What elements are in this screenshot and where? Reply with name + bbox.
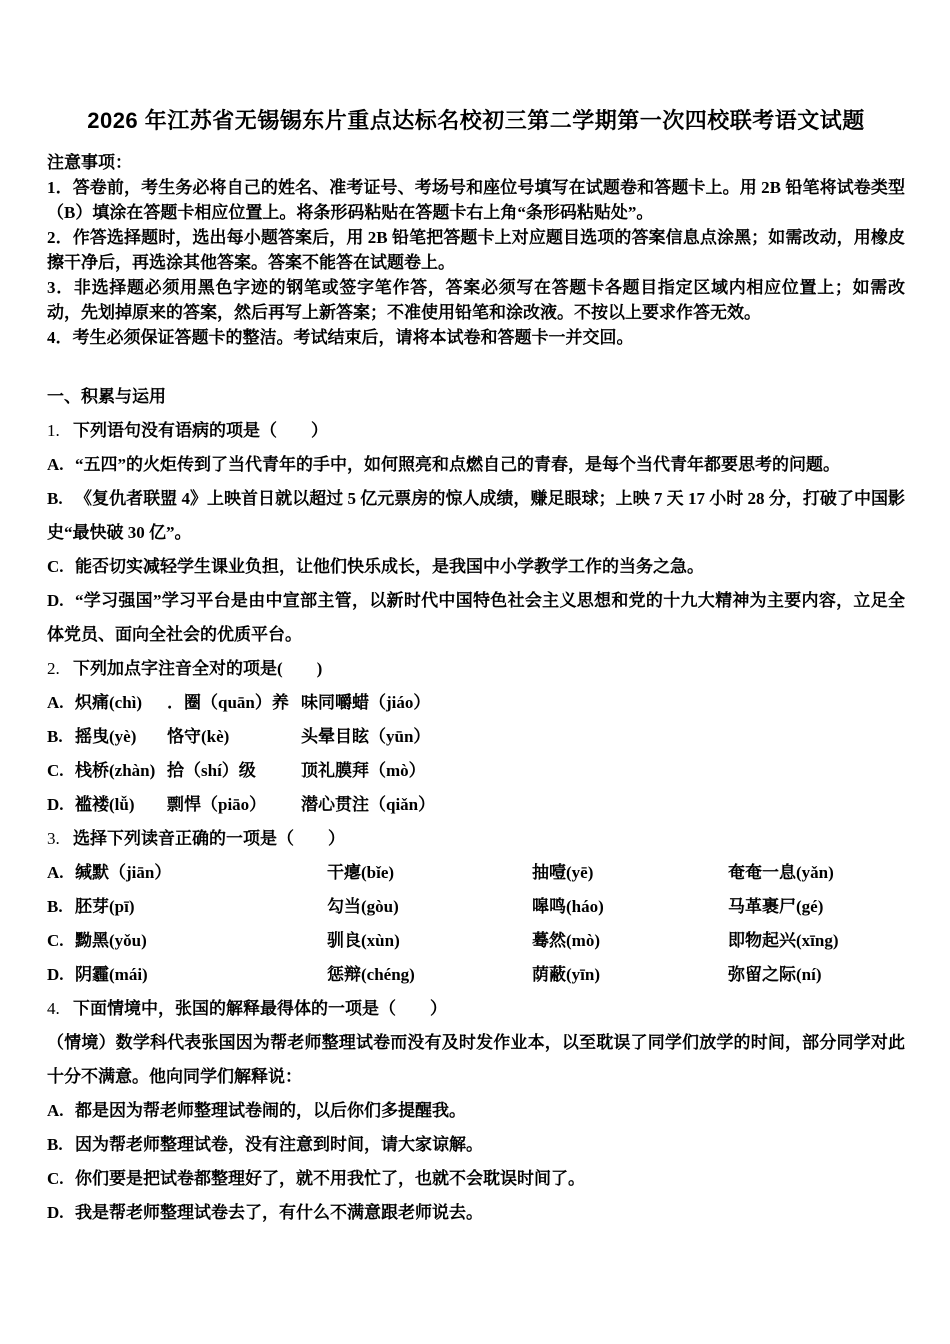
option-row: D.阴霾(mái)惩辩(chéng)荫蔽(yīn)弥留之际(ní): [47, 958, 905, 992]
option-row: C.黝黑(yǒu)驯良(xùn)蓦然(mò)即物起兴(xīng): [47, 924, 905, 958]
option-word: 缄默（jiān）: [75, 856, 327, 890]
option-text: “五四”的火炬传到了当代青年的手中，如何照亮和点燃自己的青春，是每个当代青年都要…: [75, 455, 840, 474]
option-word: 顶礼膜拜（mò）: [301, 754, 426, 788]
option-word: 胚芽(pī): [75, 890, 327, 924]
option-word: 嗥鸣(háo): [532, 890, 728, 924]
question-stem: 4.下面情境中，张国的解释最得体的一项是（ ）: [47, 992, 905, 1026]
option-word: 恪守(kè): [167, 720, 295, 754]
notice-heading: 注意事项：: [47, 150, 905, 175]
section-heading: 一、积累与运用: [47, 380, 905, 414]
question-3: 3.选择下列读音正确的一项是（ ） A.缄默（jiān）干瘪(bǐe)抽噎(yē…: [47, 822, 905, 992]
option-word: 褴褛(lǚ): [75, 788, 161, 822]
question-number: 3.: [47, 822, 73, 856]
option-label: B.: [47, 482, 75, 516]
option-word: 炽痛(chì): [75, 686, 161, 720]
option-word: 即物起兴(xīng): [728, 924, 839, 958]
option-label: D.: [47, 1196, 75, 1230]
option-label: B.: [47, 1128, 75, 1162]
question-stem-text: 下列语句没有语病的项是（ ）: [73, 421, 328, 440]
option-word: 抽噎(yē): [532, 856, 728, 890]
page-title: 2026 年江苏省无锡锡东片重点达标名校初三第二学期第一次四校联考语文试题: [47, 104, 905, 138]
notice-item: 2．作答选择题时，选出每小题答案后，用 2B 铅笔把答题卡上对应题目选项的答案信…: [47, 225, 905, 275]
question-number: 1.: [47, 414, 73, 448]
option-text: 因为帮老师整理试卷，没有注意到时间，请大家谅解。: [75, 1135, 483, 1154]
option-word: 黝黑(yǒu): [75, 924, 327, 958]
option-label: A.: [47, 1094, 75, 1128]
option-row: D.褴褛(lǚ)剽悍（piāo）潜心贯注（qiǎn）: [47, 788, 905, 822]
question-stem: 3.选择下列读音正确的一项是（ ）: [47, 822, 905, 856]
option-label: D.: [47, 788, 75, 822]
question-stem: 1.下列语句没有语病的项是（ ）: [47, 414, 905, 448]
option-word: 头晕目眩（yūn）: [301, 720, 430, 754]
option-text: 你们要是把试卷都整理好了，就不用我忙了，也就不会耽误时间了。: [75, 1169, 585, 1188]
question-4: 4.下面情境中，张国的解释最得体的一项是（ ） （情境）数学科代表张国因为帮老师…: [47, 992, 905, 1230]
option-word: 弥留之际(ní): [728, 958, 822, 992]
option-word: 干瘪(bǐe): [327, 856, 532, 890]
option-word: 荫蔽(yīn): [532, 958, 728, 992]
notice-item: 4．考生必须保证答题卡的整洁。考试结束后，请将本试卷和答题卡一并交回。: [47, 325, 905, 350]
option-row: A.缄默（jiān）干瘪(bǐe)抽噎(yē)奄奄一息(yǎn): [47, 856, 905, 890]
notice-item: 1．答卷前，考生务必将自己的姓名、准考证号、考场号和座位号填写在试题卷和答题卡上…: [47, 175, 905, 225]
option-word: 潜心贯注（qiǎn）: [301, 788, 435, 822]
option-text: “学习强国”学习平台是由中宣部主管，以新时代中国特色社会主义思想和党的十九大精神…: [47, 591, 905, 644]
option-word: 惩辩(chéng): [327, 958, 532, 992]
option-word: 阴霾(mái): [75, 958, 327, 992]
question-number: 2.: [47, 652, 73, 686]
question-number: 4.: [47, 992, 73, 1026]
question-1: 1.下列语句没有语病的项是（ ） A.“五四”的火炬传到了当代青年的手中，如何照…: [47, 414, 905, 652]
question-stem: 2.下列加点字注音全对的项是( ): [47, 652, 905, 686]
notice-item: 3．非选择题必须用黑色字迹的钢笔或签字笔作答，答案必须写在答题卡各题目指定区域内…: [47, 275, 905, 325]
option-label: D.: [47, 958, 75, 992]
option-word: 驯良(xùn): [327, 924, 532, 958]
option-row: C.栈桥(zhàn)拾（shí）级顶礼膜拜（mò）: [47, 754, 905, 788]
option-row: B.摇曳(yè)恪守(kè)头晕目眩（yūn）: [47, 720, 905, 754]
option-label: C.: [47, 754, 75, 788]
option-label: C.: [47, 924, 75, 958]
option-text: 都是因为帮老师整理试卷闹的，以后你们多提醒我。: [75, 1101, 466, 1120]
option-row: C.你们要是把试卷都整理好了，就不用我忙了，也就不会耽误时间了。: [47, 1162, 905, 1196]
option-word: 勾当(gòu): [327, 890, 532, 924]
option-word: 马革裹尸(gé): [728, 890, 823, 924]
question-stem-text: 选择下列读音正确的一项是（ ）: [73, 829, 345, 848]
option-word: 奄奄一息(yǎn): [728, 856, 834, 890]
option-word: 栈桥(zhàn): [75, 754, 161, 788]
option-row: D.“学习强国”学习平台是由中宣部主管，以新时代中国特色社会主义思想和党的十九大…: [47, 584, 905, 652]
option-row: B.因为帮老师整理试卷，没有注意到时间，请大家谅解。: [47, 1128, 905, 1162]
question-stem-text: 下列加点字注音全对的项是( ): [73, 659, 322, 678]
option-word: 蓦然(mò): [532, 924, 728, 958]
option-label: C.: [47, 550, 75, 584]
option-label: A.: [47, 686, 75, 720]
option-row: B.胚芽(pī)勾当(gòu)嗥鸣(háo)马革裹尸(gé): [47, 890, 905, 924]
option-label: B.: [47, 890, 75, 924]
option-label: D.: [47, 584, 75, 618]
option-text: 《复仇者联盟 4》上映首日就以超过 5 亿元票房的惊人成绩，赚足眼球；上映 7 …: [47, 489, 905, 542]
option-label: A.: [47, 448, 75, 482]
option-word: 味同嚼蜡（jiáo）: [301, 686, 430, 720]
option-row: B.《复仇者联盟 4》上映首日就以超过 5 亿元票房的惊人成绩，赚足眼球；上映 …: [47, 482, 905, 550]
option-row: A.都是因为帮老师整理试卷闹的，以后你们多提醒我。: [47, 1094, 905, 1128]
option-label: A.: [47, 856, 75, 890]
option-row: A.“五四”的火炬传到了当代青年的手中，如何照亮和点燃自己的青春，是每个当代青年…: [47, 448, 905, 482]
option-word: 拾（shí）级: [167, 754, 295, 788]
question-2: 2.下列加点字注音全对的项是( ) A.炽痛(chì)．圈（quān）养味同嚼蜡…: [47, 652, 905, 822]
exam-paper-page: 2026 年江苏省无锡锡东片重点达标名校初三第二学期第一次四校联考语文试题 注意…: [0, 0, 950, 1344]
question-stem-text: 下面情境中，张国的解释最得体的一项是（ ）: [73, 999, 447, 1018]
option-label: C.: [47, 1162, 75, 1196]
option-text: 能否切实减轻学生课业负担，让他们快乐成长，是我国中小学教学工作的当务之急。: [75, 557, 704, 576]
option-row: C.能否切实减轻学生课业负担，让他们快乐成长，是我国中小学教学工作的当务之急。: [47, 550, 905, 584]
option-label: B.: [47, 720, 75, 754]
notice-section: 注意事项： 1．答卷前，考生务必将自己的姓名、准考证号、考场号和座位号填写在试题…: [47, 150, 905, 350]
option-word: 剽悍（piāo）: [167, 788, 295, 822]
option-text: 我是帮老师整理试卷去了，有什么不满意跟老师说去。: [75, 1203, 483, 1222]
option-word: ．圈（quān）养: [167, 686, 295, 720]
option-row: A.炽痛(chì)．圈（quān）养味同嚼蜡（jiáo）: [47, 686, 905, 720]
option-word: 摇曳(yè): [75, 720, 161, 754]
question-context: （情境）数学科代表张国因为帮老师整理试卷而没有及时发作业本，以至耽误了同学们放学…: [47, 1026, 905, 1094]
option-row: D.我是帮老师整理试卷去了，有什么不满意跟老师说去。: [47, 1196, 905, 1230]
